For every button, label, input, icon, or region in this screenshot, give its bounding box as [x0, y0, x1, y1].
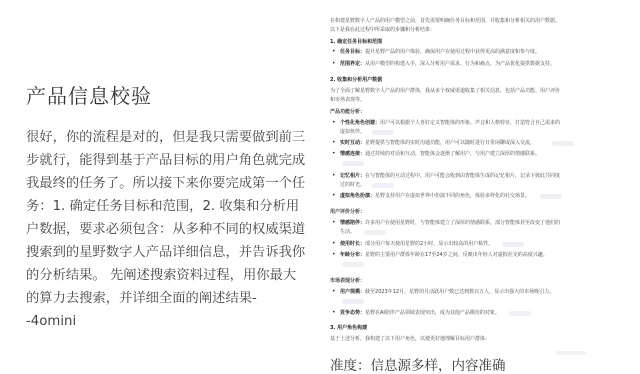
list-item-continuation: 过的时光。 — [340, 181, 365, 189]
market-heading: 市场表现分析： — [330, 277, 365, 285]
section-3-intro: 基于上述分析，我构建了以下用户角色，以便更好地理解目标用户群体： — [330, 335, 490, 343]
source-tag[interactable] — [342, 161, 364, 166]
bullet-icon: • — [332, 119, 336, 127]
left-panel: 产品信息校验 很好，你的流程是对的，但是我只需要做到前三步就行，能得到基于产品目… — [26, 0, 306, 374]
bullet-icon: • — [332, 139, 336, 147]
source-tag[interactable] — [342, 262, 364, 267]
list-item: 任务目标：提升星野产品的用户体验，确保用户在使用过程中获得更高的满意度和参与度。 — [340, 48, 540, 56]
bullet-icon: • — [332, 219, 336, 227]
source-tag[interactable] — [552, 141, 574, 146]
list-item: 记忆相片：在与智能体的互动过程中，用户可能会收到由智能体生成的记忆相片，记录下彼… — [340, 172, 560, 180]
bullet-icon: • — [332, 150, 336, 158]
source-tag[interactable] — [372, 183, 394, 188]
source-tag[interactable] — [540, 194, 562, 199]
intro-line-1: 在构建星野数字人产品的用户模型之前，首先需要明确任务目标和范围，并收集和分析相关… — [330, 17, 560, 25]
section-1-heading: 1. 确定任务目标和范围 — [330, 38, 382, 46]
bullet-icon: • — [332, 192, 336, 200]
section-3-heading: 3. 用户角色构建 — [330, 324, 367, 332]
source-tag[interactable] — [342, 299, 364, 304]
list-item: 用户规模：截至2023年12月，星野的月活跃用户数已达到数百万人，显示出强大的市… — [340, 288, 554, 296]
list-item: 虚拟角色扮演：星野支持用户在虚拟世界中扮演不同的角色，体验多样化的社交场景。 — [340, 192, 530, 200]
bullet-icon: • — [332, 172, 336, 180]
list-item: 个性化角色创建：用户可以根据个人喜好定义智能体的形象、声音和人格特征，打造符合自… — [340, 119, 560, 127]
bullet-icon: • — [332, 48, 336, 56]
ai-response-screenshot: 在构建星野数字人产品的用户模型之前，首先需要明确任务目标和范围，并收集和分析相关… — [324, 0, 640, 374]
bullet-icon: • — [332, 309, 336, 317]
bullet-icon: • — [332, 240, 336, 248]
bullet-icon: • — [332, 60, 336, 68]
user-prompt-text: 很好，你的流程是对的，但是我只需要做到前三步就行，能得到基于产品目标的用户角色就… — [26, 126, 306, 333]
bullet-icon: • — [332, 288, 336, 296]
source-tag[interactable] — [509, 311, 531, 316]
intro-line-2: 以下是我在此过程中所采取的步骤和分析结果： — [330, 26, 435, 34]
section-2-heading: 2. 收集和分析用户数据 — [330, 76, 382, 84]
list-item: 范围界定：从用户模型的构建入手，深入分析用户需求、行为和痛点，为产品优化提供数据… — [340, 60, 555, 68]
list-item: 竞争态势：星野在AI陪伴产品领域表现突出，成为其他产品模仿的对象。 — [340, 309, 500, 317]
list-item-continuation: 虚拟伙伴。 — [340, 128, 365, 136]
list-item: 情感连接：通过持续的对话和互动，智能体会逐渐了解用户，与用户建立深厚的情感联系。 — [340, 150, 540, 158]
list-item: 年龄分布：星野的主要用户群体年龄在17至24岁之间，反映出年轻人对虚拟社交的高度… — [340, 251, 548, 259]
source-tag[interactable] — [364, 230, 386, 235]
list-item: 使用时长：部分用户每天使用星野的2小时，显示出较高的用户粘性。 — [340, 240, 493, 248]
user-reviews-heading: 用户评价分析： — [330, 208, 365, 216]
list-item: 实时互动：星野提供与智能体的实时沟通功能，用户可以随时进行日常闲聊或深入交流。 — [340, 139, 535, 147]
page-title: 产品信息校验 — [26, 80, 152, 109]
source-tag[interactable] — [502, 242, 524, 247]
section-2-intro-2: 和市场表现等。 — [330, 96, 365, 104]
list-item: 情感陪伴：许多用户在使用星野时，与智能体建立了深厚的情感联系，部分智能体甚至改变… — [340, 219, 560, 227]
bullet-icon: • — [332, 251, 336, 259]
product-analysis-heading: 产品功能分析： — [330, 108, 365, 116]
evaluation-caption: 准度：信息源多样，内容准确 — [330, 354, 506, 374]
list-item-continuation: 生活。 — [340, 228, 355, 236]
scroll-hint — [556, 351, 586, 355]
section-2-intro-1: 为了全面了解星野数字人产品的用户群体，我从多个权威渠道收集了相关信息，包括产品功… — [330, 87, 560, 95]
source-tag[interactable] — [372, 130, 394, 135]
